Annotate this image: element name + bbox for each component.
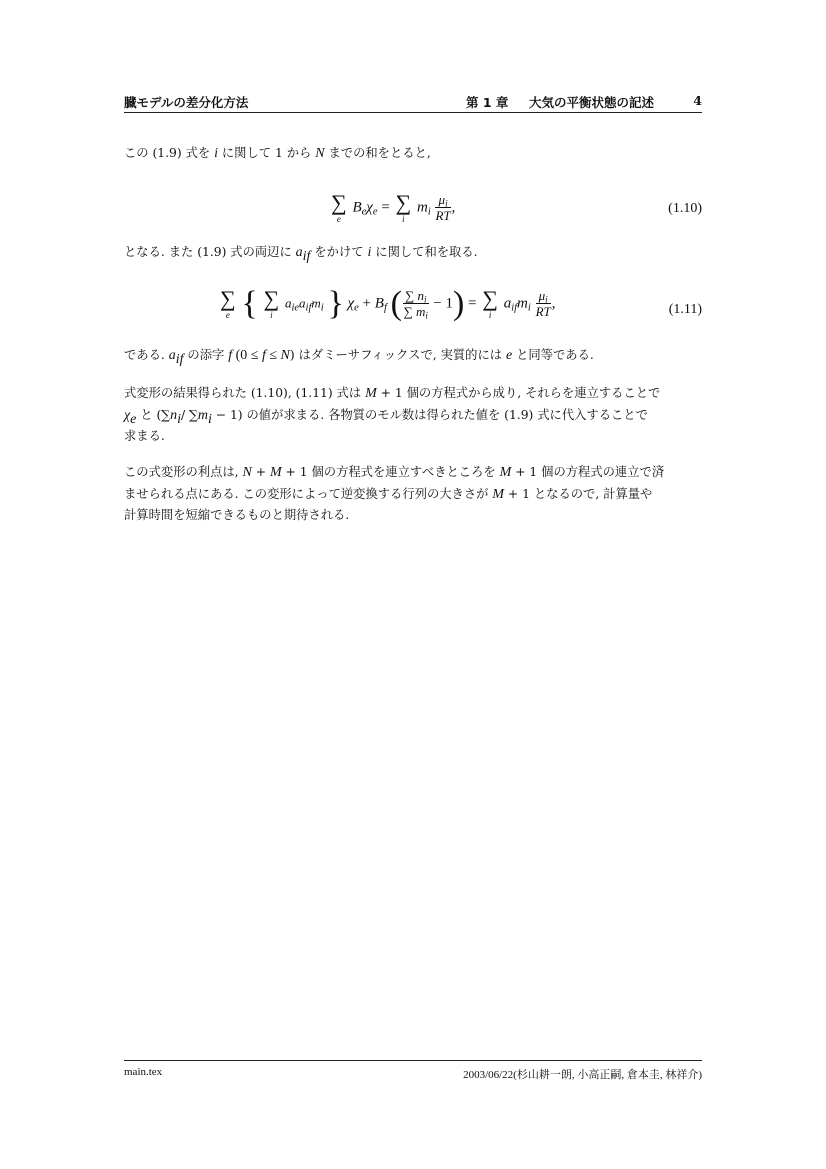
left-brace: {	[241, 285, 257, 322]
running-header: 臓モデルの差分化方法 第 1 章 大気の平衡状態の記述 4	[124, 93, 702, 109]
text: (0 ≤	[232, 348, 262, 363]
paragraph-2: となる. また (1.9) 式の両辺に aif をかけて i に関して和を取る.	[124, 242, 702, 264]
paragraph-1: この (1.9) 式を i に関して 1 から N までの和をとると,	[124, 143, 702, 165]
comma: ,	[552, 295, 556, 311]
equals-sign: =	[381, 199, 389, 215]
right-brace: }	[327, 285, 343, 322]
summation: ∑i	[396, 192, 412, 224]
equals-sign: =	[468, 295, 476, 311]
equation-body: ∑e { ∑i aieaifmi } χe + Bf (∑ ni∑ mi − 1…	[218, 288, 555, 320]
summation: ∑e	[331, 192, 347, 224]
text: と同等である.	[512, 348, 594, 362]
page-number: 4	[693, 93, 702, 108]
text: に関して 1 から	[218, 146, 315, 160]
equation-1-10: ∑e Beχe = ∑i mi μiRT, (1.10)	[124, 192, 702, 234]
footer-filename: main.tex	[124, 1066, 162, 1078]
subscript: i	[428, 207, 431, 218]
math-var: m	[311, 295, 320, 310]
math-var: N	[281, 348, 290, 363]
minus-one: − 1	[433, 295, 453, 311]
text: この (1.9) 式を	[124, 146, 214, 160]
line: 求まる.	[124, 426, 702, 448]
summation: ∑e	[220, 288, 236, 320]
line: 式変形の結果得られた (1.10), (1.11) 式は M + 1 個の方程式…	[124, 383, 702, 405]
subscript: if	[176, 352, 184, 367]
comma: ,	[452, 199, 456, 215]
subscript: i	[528, 303, 531, 314]
math-var: χ	[366, 199, 373, 215]
paragraph-3: である. aif の添字 f (0 ≤ f ≤ N) はダミーサフィックスで, …	[124, 345, 702, 367]
subscript: i	[321, 303, 324, 314]
equation-1-11: ∑e { ∑i aieaifmi } χe + Bf (∑ ni∑ mi − 1…	[124, 288, 702, 338]
footer-rule	[124, 1060, 702, 1061]
math-var: m	[417, 199, 428, 215]
text: ≤	[266, 348, 281, 363]
footer-date-authors: 2003/06/22(杉山耕一朗, 小高正嗣, 倉本圭, 林祥介)	[463, 1066, 702, 1082]
text: の添字	[184, 348, 229, 362]
right-paren: )	[453, 285, 464, 322]
equation-number: (1.11)	[669, 302, 702, 318]
document-page: 臓モデルの差分化方法 第 1 章 大気の平衡状態の記述 4 この (1.9) 式…	[0, 0, 826, 1169]
plus-sign: +	[363, 295, 371, 311]
math-var: m	[517, 295, 528, 311]
chapter-label: 第 1 章	[466, 93, 508, 111]
equation-body: ∑e Beχe = ∑i mi μiRT,	[329, 192, 455, 224]
line: ませられる点にある. この変形によって逆変換する行列の大きさが M + 1 とな…	[124, 484, 702, 506]
header-rule	[124, 112, 702, 113]
subscript: ie	[291, 303, 299, 314]
text: に関して和を取る.	[371, 245, 477, 259]
math-var: B	[375, 295, 384, 311]
text: ) はダミーサフィックスで, 実質的には	[290, 348, 506, 362]
subscript: f	[384, 303, 387, 314]
text: である.	[124, 348, 169, 362]
fraction: ∑ ni∑ mi	[403, 289, 429, 319]
text: となる. また (1.9) 式の両辺に	[124, 245, 296, 259]
math-var: a	[296, 245, 303, 260]
summation: ∑i	[482, 288, 498, 320]
line: この式変形の利点は, N + M + 1 個の方程式を連立すべきところを M +…	[124, 462, 702, 484]
line: 計算時間を短縮できるものと期待される.	[124, 505, 702, 527]
math-var: B	[352, 199, 361, 215]
document-title: 臓モデルの差分化方法	[124, 93, 248, 111]
math-var: N	[315, 146, 324, 161]
math-var: a	[169, 348, 176, 363]
text: をかけて	[310, 245, 367, 259]
paragraph-4: 式変形の結果得られた (1.10), (1.11) 式は M + 1 個の方程式…	[124, 383, 702, 448]
summation: ∑i	[264, 288, 280, 320]
text: までの和をとると,	[325, 146, 431, 160]
paragraph-5: この式変形の利点は, N + M + 1 個の方程式を連立すべきところを M +…	[124, 462, 702, 527]
fraction: μiRT	[435, 193, 450, 223]
subscript: e	[373, 207, 378, 218]
subscript: e	[354, 303, 359, 314]
equation-number: (1.10)	[668, 201, 702, 217]
left-paren: (	[391, 285, 402, 322]
line: χe と (∑ni/ ∑mi − 1) の値が求まる. 各物質のモル数は得られた…	[124, 405, 702, 427]
fraction: μiRT	[536, 289, 551, 319]
chapter-title: 大気の平衡状態の記述	[529, 93, 654, 111]
